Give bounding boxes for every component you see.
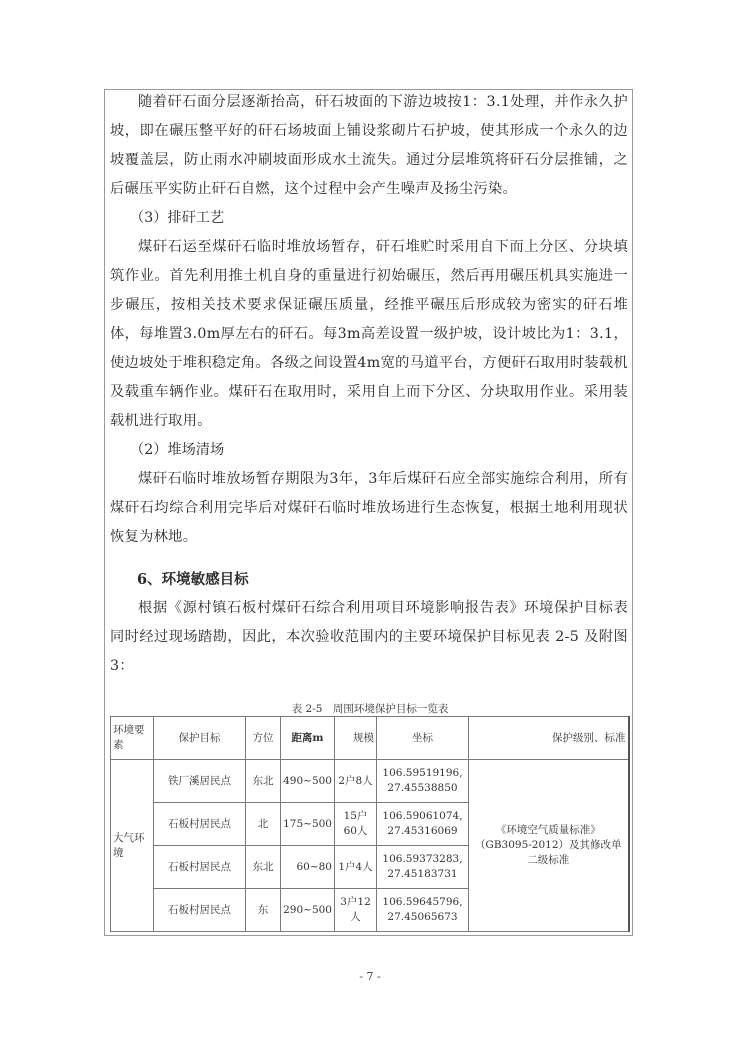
table-caption: 表 2-5 周围环境保护目标一览表 <box>0 702 740 716</box>
header-distance: 距离m <box>281 717 335 760</box>
cell-direction: 东北 <box>246 846 281 889</box>
cell-distance: 290~500 <box>281 889 335 932</box>
cell-target: 石板村居民点 <box>154 803 246 846</box>
cell-coord: 106.59645796, 27.45065673 <box>377 889 469 932</box>
cell-coord: 106.59061074, 27.45316069 <box>377 803 469 846</box>
cell-target: 铁厂溪居民点 <box>154 760 246 803</box>
cell-direction: 北 <box>246 803 281 846</box>
cell-direction: 东 <box>246 889 281 932</box>
paragraph-sensitive-targets: 根据《源村镇石板村煤矸石综合利用项目环境影响报告表》环境保护目标表同时经过现场踏… <box>110 594 628 681</box>
header-env-element: 环境要素 <box>111 717 154 760</box>
cell-target: 石板村居民点 <box>154 889 246 932</box>
section-heading-sensitive-targets: 6、环境敏感目标 <box>137 565 249 594</box>
group-label-air: 大气环境 <box>111 760 154 932</box>
page-number: - 7 - <box>0 970 740 983</box>
protection-targets-table: 环境要素 保护目标 方位 距离m 规模 坐标 保护级别、标准 大气环境 铁厂溪居… <box>110 716 630 932</box>
cell-target: 石板村居民点 <box>154 846 246 889</box>
subheading-yard-clearing: （2）堆场清场 <box>130 436 224 465</box>
header-target: 保护目标 <box>154 717 246 760</box>
header-coord: 坐标 <box>377 717 469 760</box>
subheading-gangue-discharge: （3）排矸工艺 <box>130 204 224 233</box>
cell-coord: 106.59373283, 27.45183731 <box>377 846 469 889</box>
cell-scale: 1户4人 <box>335 846 377 889</box>
table-row: 大气环境 铁厂溪居民点 东北 490~500 2户8人 106.59519196… <box>111 760 629 803</box>
cell-scale: 15户60人 <box>335 803 377 846</box>
cell-scale: 3户12人 <box>335 889 377 932</box>
header-scale: 规模 <box>335 717 377 760</box>
paragraph-gangue-process: 煤矸石运至煤矸石临时堆放场暂存，矸石堆贮时采用自下而上分区、分块填筑作业。首先利… <box>110 233 628 436</box>
cell-standard: 《环境空气质量标准》（GB3095-2012）及其修改单二级标准 <box>469 760 629 932</box>
table-header-row: 环境要素 保护目标 方位 距离m 规模 坐标 保护级别、标准 <box>111 717 629 760</box>
header-direction: 方位 <box>246 717 281 760</box>
cell-distance: 175~500 <box>281 803 335 846</box>
cell-coord: 106.59519196, 27.45538850 <box>377 760 469 803</box>
cell-scale: 2户8人 <box>335 760 377 803</box>
cell-distance: 490~500 <box>281 760 335 803</box>
header-standard: 保护级别、标准 <box>469 717 629 760</box>
cell-direction: 东北 <box>246 760 281 803</box>
paragraph-slope-protection: 随着矸石面分层逐渐抬高，矸石坡面的下游边坡按1：3.1处理，并作永久护坡，即在碾… <box>110 88 628 204</box>
paragraph-yard-clearing: 煤矸石临时堆放场暂存期限为3年，3年后煤矸石应全部实施综合利用，所有煤矸石均综合… <box>110 465 628 552</box>
cell-distance: 60~80 <box>281 846 335 889</box>
